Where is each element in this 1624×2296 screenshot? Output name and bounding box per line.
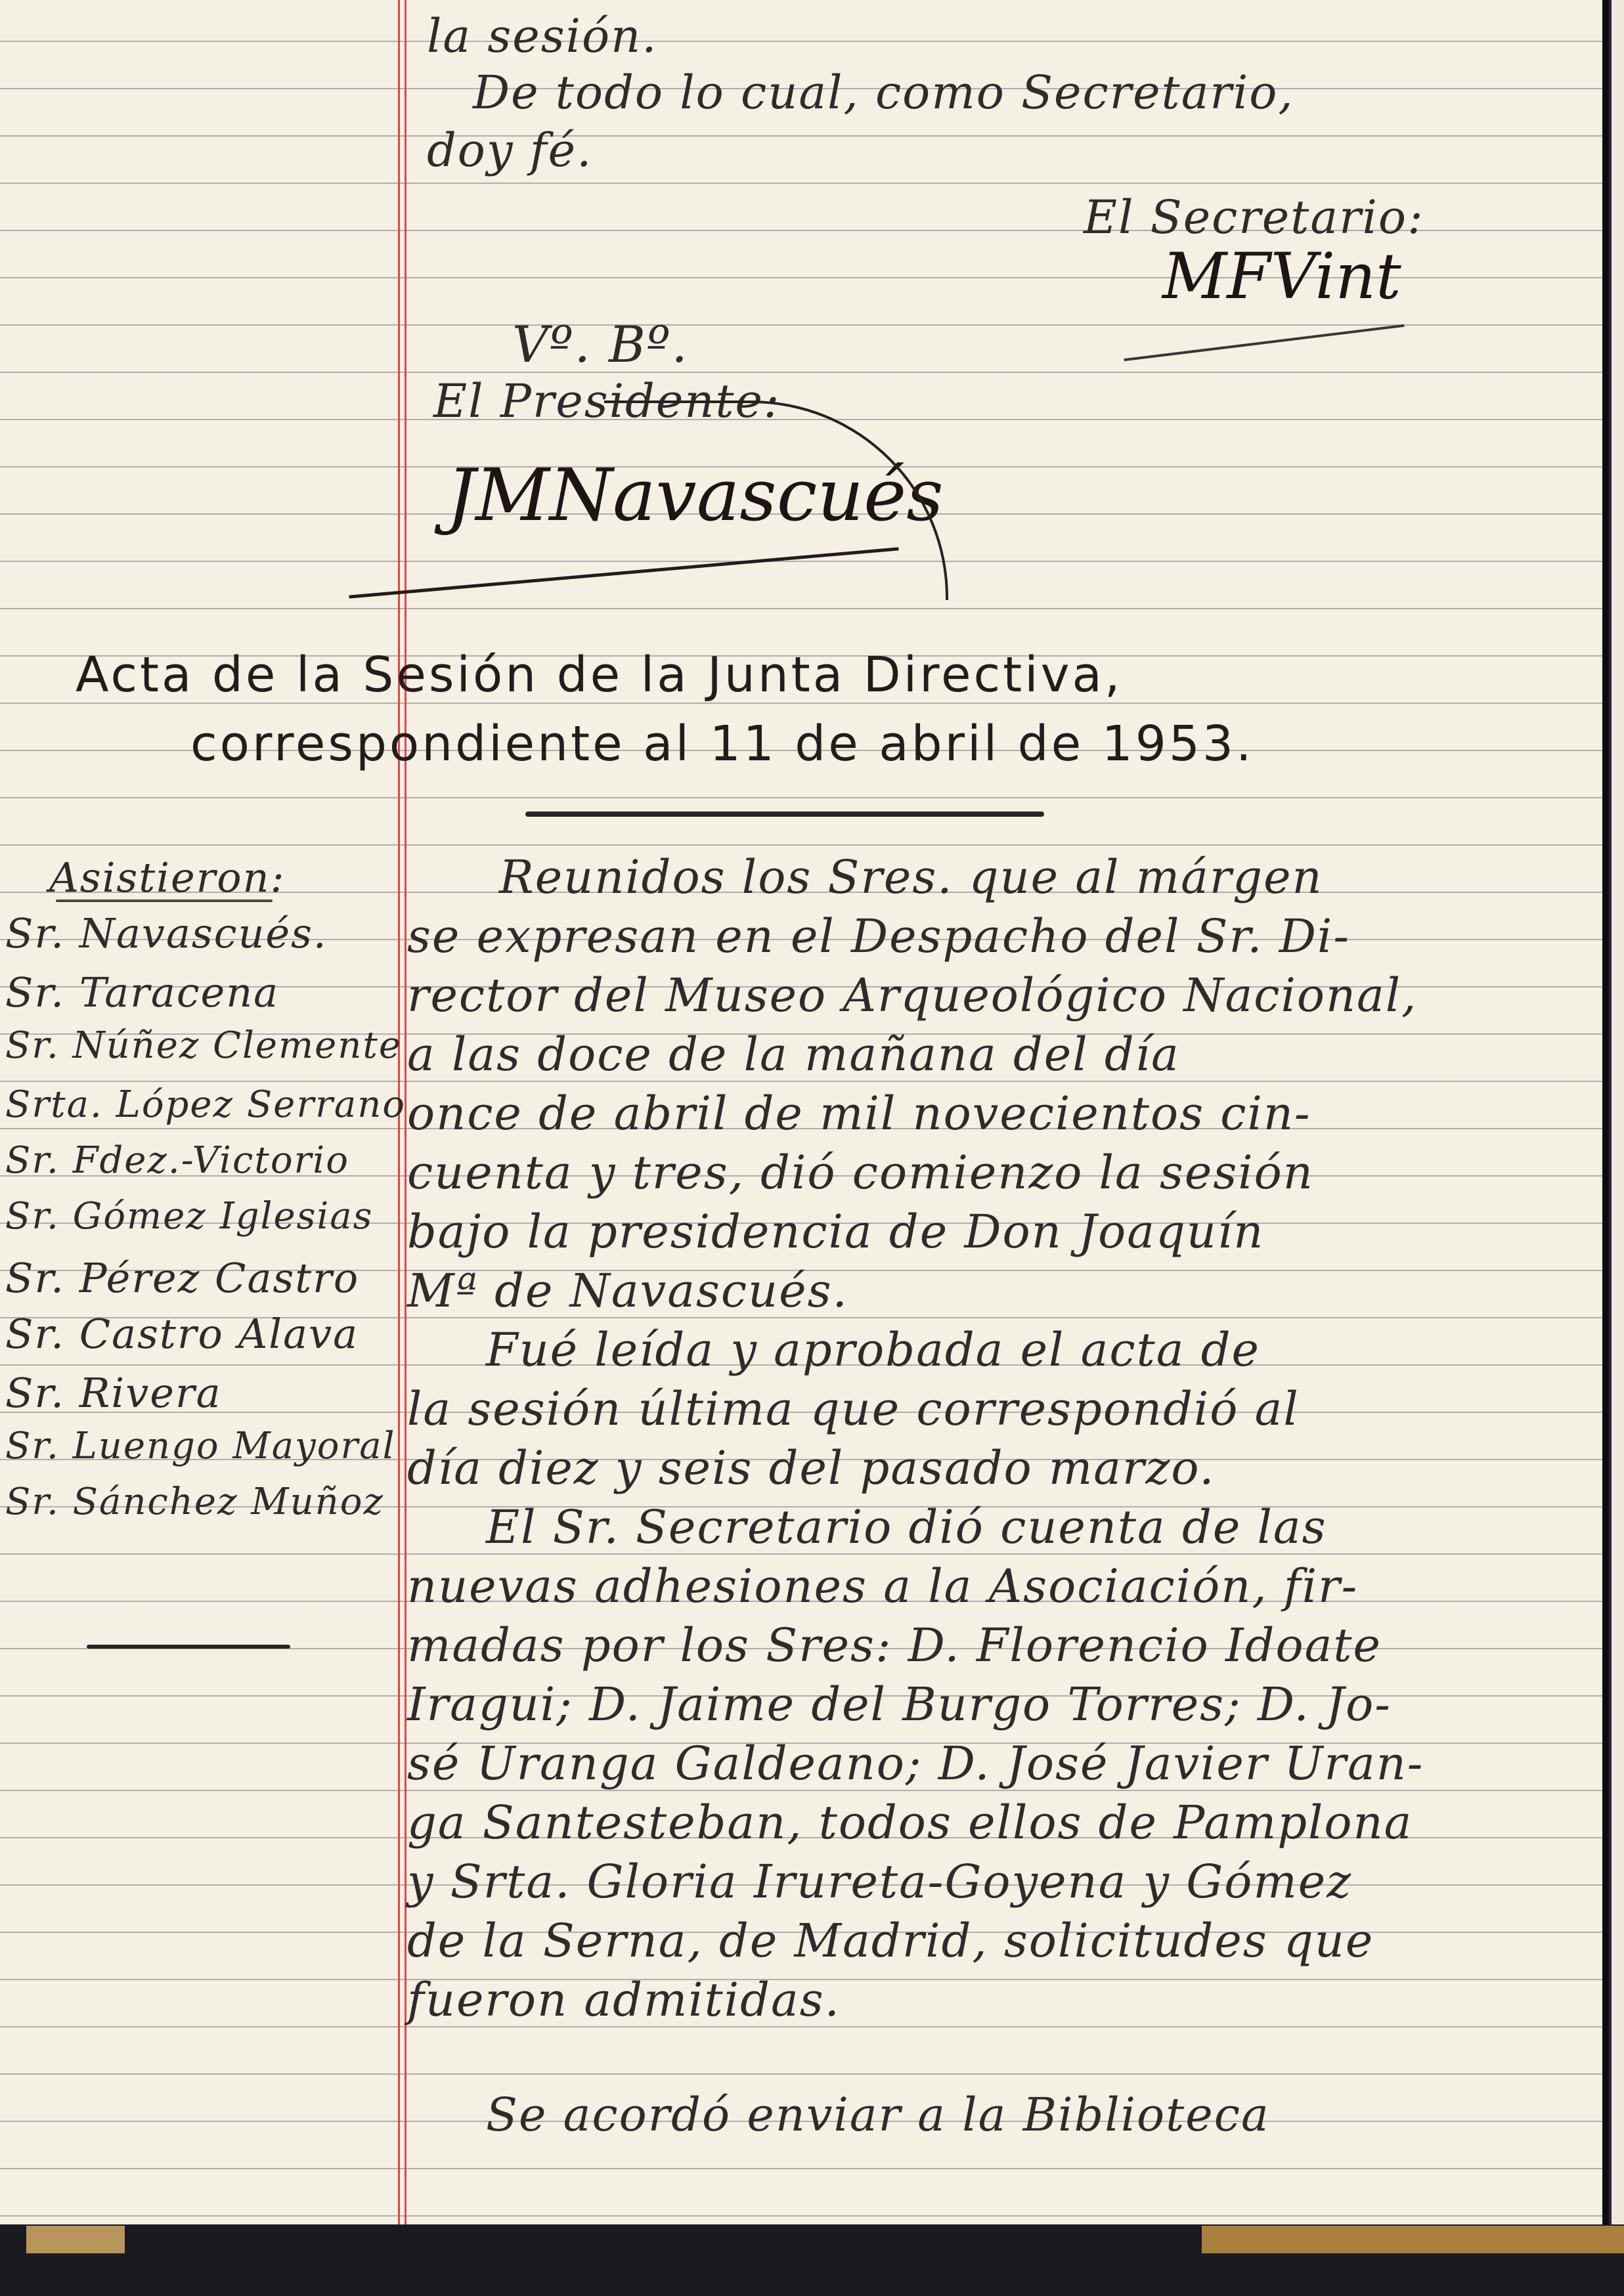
secretary-signature-flourish <box>1124 324 1404 361</box>
next-page-edge <box>1612 0 1624 2224</box>
body-line: a las doce de la mañana del día <box>407 1028 1180 1081</box>
visto-bueno-label: Vº. Bº. <box>512 315 689 374</box>
body-line: día diez y seis del pasado marzo. <box>407 1441 1216 1495</box>
body-line: El Sr. Secretario dió cuenta de las <box>486 1500 1327 1554</box>
binding-cloth-left <box>26 2226 125 2253</box>
binding-cloth-right <box>1202 2226 1624 2253</box>
body-line: cuenta y tres, dió comienzo la sesión <box>407 1146 1314 1200</box>
body-line: madas por los Sres: D. Florencio Idoate <box>407 1618 1382 1672</box>
body-line: se expresan en el Despacho del Sr. Di- <box>407 909 1350 963</box>
attendees-end-rule <box>87 1645 290 1649</box>
attendee-item: Sr. Fdez.-Victorio <box>5 1139 349 1182</box>
attendee-item: Sr. Núñez Clemente <box>5 1024 402 1067</box>
attendee-item: Sr. Pérez Castro <box>5 1254 359 1302</box>
body-line: Reunidos los Sres. que al márgen <box>499 850 1323 904</box>
body-line: la sesión última que correspondió al <box>407 1382 1300 1436</box>
closing-line: la sesión. <box>427 9 658 63</box>
closing-line: doy fé. <box>427 123 592 177</box>
body-line: y Srta. Gloria Irureta-Goyena y Gómez <box>407 1855 1352 1909</box>
body-line: bajo la presidencia de Don Joaquín <box>407 1205 1264 1259</box>
attendee-item: Sr. Navascués. <box>5 909 328 957</box>
body-line: rector del Museo Arqueológico Nacional, <box>407 968 1417 1022</box>
body-line: de la Serna, de Madrid, solicitudes que <box>407 1914 1374 1968</box>
attendee-item: Srta. López Serrano <box>5 1083 406 1126</box>
attendees-label: Asistieron: <box>49 854 285 901</box>
body-line: nuevas adhesiones a la Asociación, fir- <box>407 1559 1358 1613</box>
body-line: once de abril de mil novecientos cin- <box>407 1087 1311 1140</box>
closing-line: De todo lo cual, como Secretario, <box>473 66 1294 119</box>
body-line: Se acordó enviar a la Biblioteca <box>486 2088 1270 2142</box>
title-separator <box>525 812 1044 817</box>
attendee-item: Sr. Sánchez Muñoz <box>5 1481 384 1523</box>
attendee-item: Sr. Rivera <box>5 1369 222 1417</box>
body-line: Iragui; D. Jaime del Burgo Torres; D. Jo… <box>407 1678 1392 1731</box>
secretary-signature: MFVint <box>1162 240 1401 313</box>
body-line: Mª de Navascués. <box>407 1264 848 1318</box>
body-line: fueron admitidas. <box>407 1973 841 2027</box>
act-title-line-1: Acta de la Sesión de la Junta Directiva, <box>76 647 1122 703</box>
attendee-item: Sr. Taracena <box>5 968 279 1016</box>
attendee-item: Sr. Gómez Iglesias <box>5 1195 373 1238</box>
body-line: sé Uranga Galdeano; D. José Javier Uran- <box>407 1737 1424 1790</box>
act-title-line-2: correspondiente al 11 de abril de 1953. <box>190 716 1254 772</box>
secretary-label: El Secretario: <box>1084 190 1424 244</box>
attendee-item: Sr. Castro Alava <box>5 1310 359 1358</box>
attendee-item: Sr. Luengo Mayoral <box>5 1425 396 1467</box>
body-line: Fué leída y aprobada el acta de <box>486 1323 1260 1377</box>
attendees-label-underline <box>56 899 273 902</box>
body-line: ga Santesteban, todos ellos de Pamplona <box>407 1796 1413 1850</box>
ledger-page: la sesión. De todo lo cual, como Secreta… <box>0 0 1602 2224</box>
